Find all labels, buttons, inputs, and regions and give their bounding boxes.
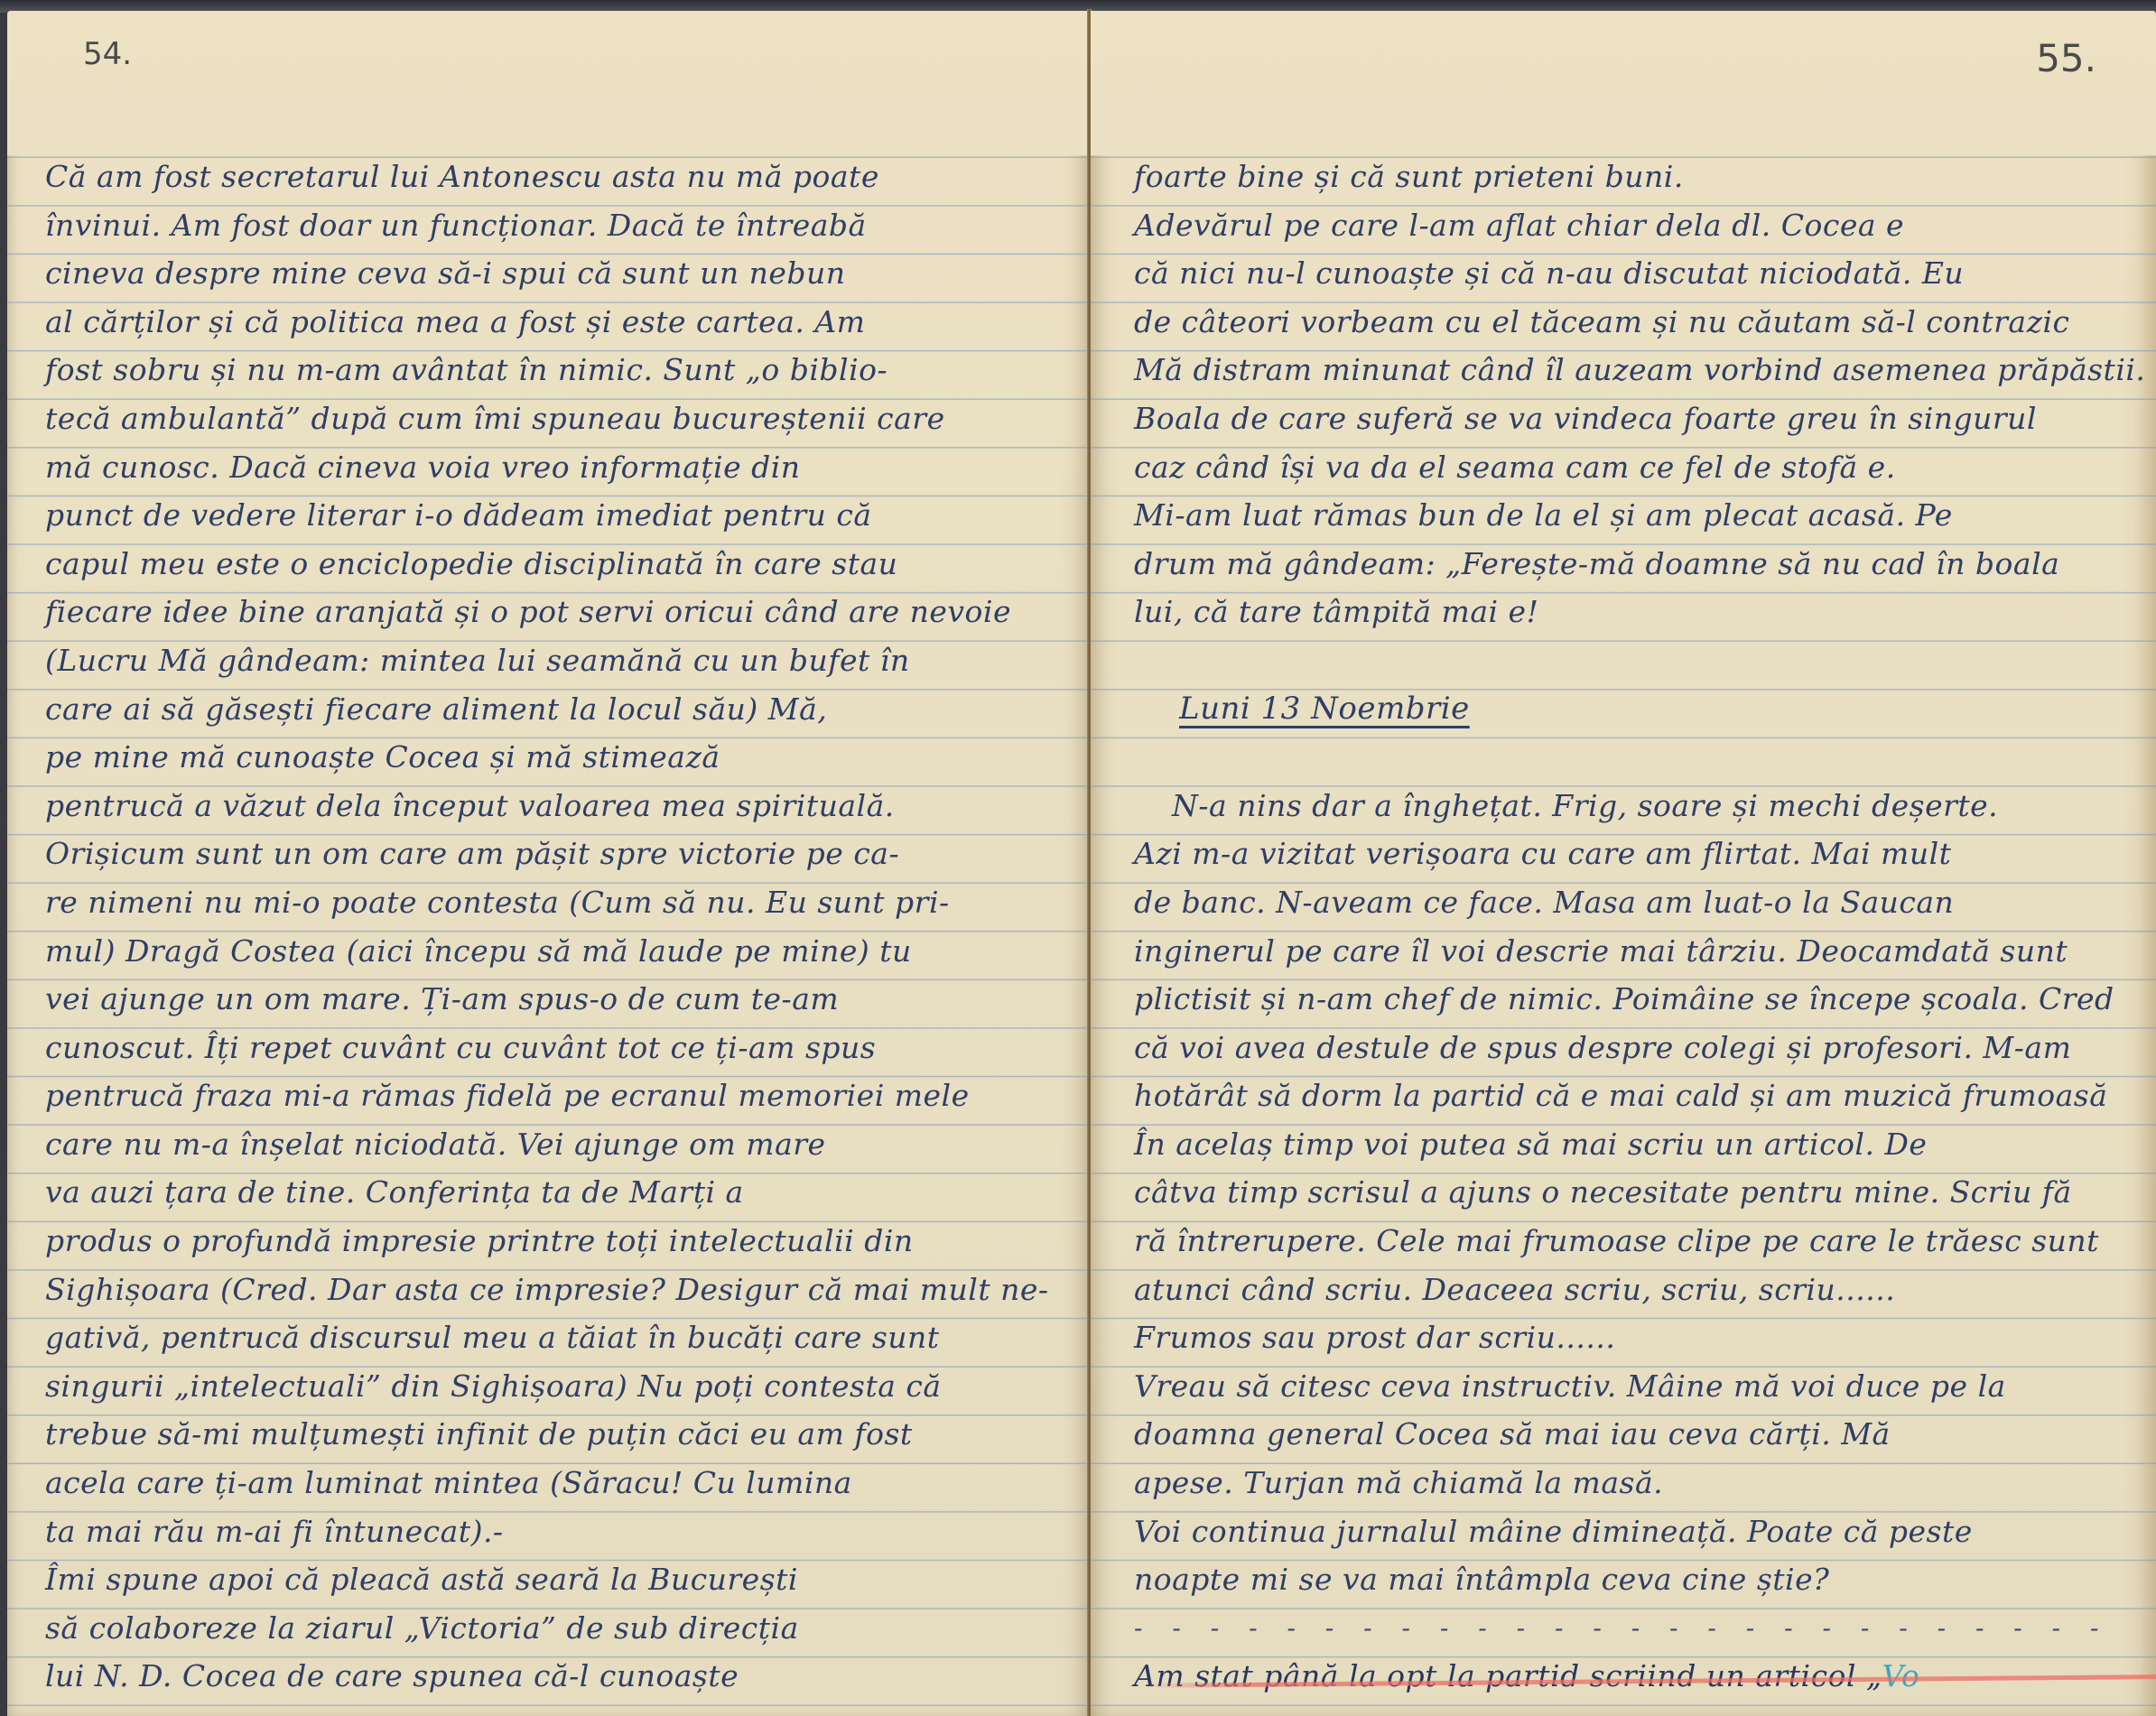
text-line: câtva timp scrisul a ajuns o necesitate … [1091, 1168, 2156, 1217]
text-line: ta mai rău m-ai fi întunecat).- [7, 1507, 1089, 1556]
text-line: că nici nu-l cunoaște și că n-au discuta… [1091, 249, 2156, 298]
text-line: În acelaș timp voi putea să mai scriu un… [1091, 1120, 2156, 1169]
text-line: învinui. Am fost doar un funcționar. Dac… [7, 201, 1089, 250]
text-line: tecă ambulantă” după cum îmi spuneau buc… [7, 394, 1089, 443]
text-line: re nimeni nu mi-o poate contesta (Cum să… [7, 878, 1089, 927]
text-line: acela care ți-am luminat mintea (Săracu!… [7, 1459, 1089, 1507]
text-line: noapte mi se va mai întâmpla ceva cine ș… [1091, 1555, 2156, 1604]
text-line: apese. Turjan mă chiamă la masă. [1091, 1459, 2156, 1507]
text-line: va auzi țara de tine. Conferința ta de M… [7, 1168, 1089, 1217]
text-line: singurii „intelectuali” din Sighișoara) … [7, 1362, 1089, 1411]
page-number-right: 55. [2036, 36, 2096, 80]
right-page-text: foarte bine și că sunt prieteni buni. Ad… [1091, 153, 2156, 1701]
left-page-text: Că am fost secretarul lui Antonescu asta… [7, 153, 1089, 1701]
text-line: produs o profundă impresie printre toți … [7, 1217, 1089, 1266]
text-line: drum mă gândeam: „Ferește-mă doamne să n… [1091, 540, 2156, 589]
text-line: inginerul pe care îl voi descrie mai târ… [1091, 927, 2156, 976]
separator-dashes: - - - - - - - - - - - - - - - - - - - - … [1091, 1604, 2156, 1653]
text-line: capul meu este o enciclopedie disciplina… [7, 540, 1089, 589]
text-line: de banc. N-aveam ce face. Masa am luat-o… [1091, 878, 2156, 927]
text-line: Voi continua jurnalul mâine dimineață. P… [1091, 1507, 2156, 1556]
text-line: fost sobru și nu m-am avântat în nimic. … [7, 346, 1089, 394]
right-page: 55. foarte bine și că sunt prieteni buni… [1091, 11, 2156, 1716]
text-line: Frumos sau prost dar scriu...... [1091, 1313, 2156, 1362]
text-line: vei ajunge un om mare. Ți-am spus-o de c… [7, 975, 1089, 1024]
text-line: Boala de care suferă se va vindeca foart… [1091, 394, 2156, 443]
text-line: fiecare idee bine aranjată și o pot serv… [7, 588, 1089, 636]
notebook-spread: 54. Că am fost secretarul lui Antonescu … [0, 0, 2156, 1716]
text-line: pentrucă fraza mi-a rămas fidelă pe ecra… [7, 1071, 1089, 1120]
text-line: că voi avea destule de spus despre coleg… [1091, 1024, 2156, 1072]
text-line: Îmi spune apoi că pleacă astă seară la B… [7, 1555, 1089, 1604]
text-line: doamna general Cocea să mai iau ceva căr… [1091, 1410, 2156, 1459]
text-line: lui, că tare tâmpită mai e! [1091, 588, 2156, 636]
text-line: N-a nins dar a înghețat. Frig, soare și … [1091, 782, 2156, 830]
text-line: ră întrerupere. Cele mai frumoase clipe … [1091, 1217, 2156, 1266]
text-line: atunci când scriu. Deaceea scriu, scriu,… [1091, 1266, 2156, 1314]
text-line: care ai să găsești fiecare aliment la lo… [7, 685, 1089, 734]
text-line: plictisit și n-am chef de nimic. Poimâin… [1091, 975, 2156, 1024]
text-line: Vreau să citesc ceva instructiv. Mâine m… [1091, 1362, 2156, 1411]
text-line: Mă distram minunat când îl auzeam vorbin… [1091, 346, 2156, 394]
text-line: punct de vedere literar i-o dădeam imedi… [7, 491, 1089, 540]
text-line: care nu m-a înșelat niciodată. Vei ajung… [7, 1120, 1089, 1169]
header-margin [7, 11, 1089, 155]
blank-line [1091, 636, 2156, 685]
text-line: Sighișoara (Cred. Dar asta ce impresie? … [7, 1266, 1089, 1314]
text-line: gativă, pentrucă discursul meu a tăiat î… [7, 1313, 1089, 1362]
text-line: Azi m-a vizitat verișoara cu care am fli… [1091, 830, 2156, 878]
text-line: cineva despre mine ceva să-i spui că sun… [7, 249, 1089, 298]
text-line: să colaboreze la ziarul „Victoria” de su… [7, 1604, 1089, 1653]
text-line: al cărților și că politica mea a fost și… [7, 298, 1089, 347]
text-line: pentrucă a văzut dela început valoarea m… [7, 782, 1089, 830]
text-line: hotărât să dorm la partid că e mai cald … [1091, 1071, 2156, 1120]
text-line: caz când își va da el seama cam ce fel d… [1091, 443, 2156, 492]
entry-date-heading: Luni 13 Noembrie [1091, 685, 2156, 734]
text-line: Că am fost secretarul lui Antonescu asta… [7, 153, 1089, 201]
page-number-left: 54. [83, 36, 132, 72]
text-line: de câteori vorbeam cu el tăceam și nu că… [1091, 298, 2156, 347]
text-line: trebue să-mi mulțumești infinit de puțin… [7, 1410, 1089, 1459]
text-line: mă cunosc. Dacă cineva voia vreo informa… [7, 443, 1089, 492]
left-page: 54. Că am fost secretarul lui Antonescu … [7, 11, 1089, 1716]
text-line: lui N. D. Cocea de care spunea că-l cuno… [7, 1652, 1089, 1701]
text-line: foarte bine și că sunt prieteni buni. [1091, 153, 2156, 201]
text-line: cunoscut. Îți repet cuvânt cu cuvânt tot… [7, 1024, 1089, 1072]
text-line: Mi-am luat rămas bun de la el și am plec… [1091, 491, 2156, 540]
text-line: mul) Dragă Costea (aici începu să mă lau… [7, 927, 1089, 976]
text-line: Orișicum sunt un om care am pășit spre v… [7, 830, 1089, 878]
blank-line [1091, 733, 2156, 782]
header-margin [1091, 11, 2156, 155]
text-line: pe mine mă cunoaște Cocea și mă stimează [7, 733, 1089, 782]
text-line: Adevărul pe care l-am aflat chiar dela d… [1091, 201, 2156, 250]
text-line: (Lucru Mă gândeam: mintea lui seamănă cu… [7, 636, 1089, 685]
